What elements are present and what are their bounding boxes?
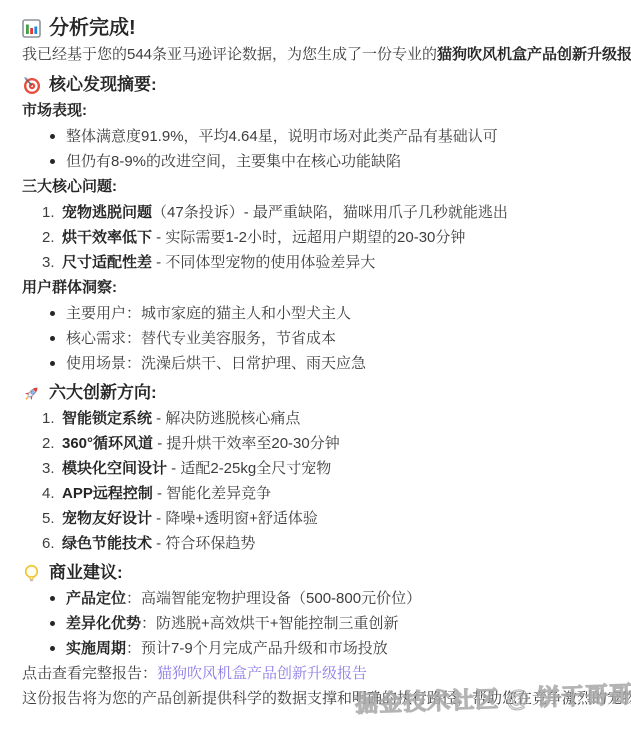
item-desc: ：高端智能宠物护理设备（500-800元价位）: [126, 590, 421, 607]
item-term: 尺寸适配性差: [62, 254, 152, 271]
list-item: 绿色节能技术 - 符合环保趋势: [42, 531, 631, 556]
intro-paragraph: 我已经基于您的544条亚马逊评论数据，为您生成了一份专业的猫狗吹风机盒产品创新升…: [22, 42, 631, 68]
item-term: 差异化优势: [66, 615, 141, 632]
item-term: 360°循环风道: [62, 435, 153, 452]
section-heading-business: 商业建议:: [22, 560, 631, 586]
problems-heading: 三大核心问题:: [22, 174, 631, 200]
item-desc: - 智能化差异竞争: [153, 485, 271, 502]
item-term: 产品定位: [66, 590, 126, 607]
item-desc: （47条投诉）- 最严重缺陷，猫咪用爪子几秒就能逃出: [152, 204, 508, 221]
market-bullet-list: 整体满意度91.9%，平均4.64星，说明市场对此类产品有基础认可 但仍有8-9…: [22, 124, 631, 174]
list-item: 但仍有8-9%的改进空间，主要集中在核心功能缺陷: [48, 149, 631, 174]
bullet-text: 但仍有8-9%的改进空间，主要集中在核心功能缺陷: [66, 153, 401, 170]
item-term: 宠物友好设计: [62, 510, 152, 527]
footer-paragraph: 这份报告将为您的产品创新提供科学的数据支撑和明确的执行路径，帮助您在竞争激烈的宠…: [22, 686, 631, 711]
rocket-icon: [22, 384, 41, 403]
users-bullet-list: 主要用户：城市家庭的猫主人和小型犬主人 核心需求：替代专业美容服务，节省成本 使…: [22, 301, 631, 376]
section-heading-summary: 核心发现摘要:: [22, 72, 631, 98]
item-desc: ：预计7-9个月完成产品升级和市场投放: [126, 640, 388, 657]
item-desc: - 降噪+透明窗+舒适体验: [152, 510, 318, 527]
bullet-text: 使用场景：洗澡后烘干、日常护理、雨天应急: [66, 355, 366, 372]
report-link-label: 点击查看完整报告：: [22, 665, 157, 682]
page-title: 分析完成!: [22, 14, 631, 42]
item-desc: - 提升烘干效率至20-30分钟: [153, 435, 340, 452]
list-item: 主要用户：城市家庭的猫主人和小型犬主人: [48, 301, 631, 326]
list-item: 产品定位：高端智能宠物护理设备（500-800元价位）: [48, 586, 631, 611]
list-item: 差异化优势：防逃脱+高效烘干+智能控制三重创新: [48, 611, 631, 636]
innovation-heading-text: 六大创新方向:: [49, 380, 157, 406]
list-item: 尺寸适配性差 - 不同体型宠物的使用体验差异大: [42, 250, 631, 275]
bar-chart-icon: [22, 19, 41, 38]
bullet-text: 主要用户：城市家庭的猫主人和小型犬主人: [66, 305, 351, 322]
section-heading-innovation: 六大创新方向:: [22, 380, 631, 406]
innovation-numbered-list: 智能锁定系统 - 解决防逃脱核心痛点 360°循环风道 - 提升烘干效率至20-…: [22, 406, 631, 556]
problems-numbered-list: 宠物逃脱问题（47条投诉）- 最严重缺陷，猫咪用爪子几秒就能逃出 烘干效率低下 …: [22, 200, 631, 275]
list-item: APP远程控制 - 智能化差异竞争: [42, 481, 631, 506]
list-item: 宠物友好设计 - 降噪+透明窗+舒适体验: [42, 506, 631, 531]
item-desc: - 实际需要1-2小时，远超用户期望的20-30分钟: [152, 229, 465, 246]
list-item: 智能锁定系统 - 解决防逃脱核心痛点: [42, 406, 631, 431]
summary-heading-text: 核心发现摘要:: [49, 72, 157, 98]
list-item: 整体满意度91.9%，平均4.64星，说明市场对此类产品有基础认可: [48, 124, 631, 149]
report-link[interactable]: 猫狗吹风机盒产品创新升级报告: [157, 665, 367, 682]
bullet-text: 核心需求：替代专业美容服务，节省成本: [66, 330, 336, 347]
intro-pre: 我已经基于您的544条亚马逊评论数据，为您生成了一份专业的: [22, 46, 437, 63]
item-desc: - 适配2-25kg全尺寸宠物: [167, 460, 331, 477]
item-term: 模块化空间设计: [62, 460, 167, 477]
market-heading: 市场表现:: [22, 98, 631, 124]
list-item: 烘干效率低下 - 实际需要1-2小时，远超用户期望的20-30分钟: [42, 225, 631, 250]
item-term: 烘干效率低下: [62, 229, 152, 246]
item-term: APP远程控制: [62, 485, 153, 502]
item-term: 实施周期: [66, 640, 126, 657]
target-icon: [22, 76, 41, 95]
bulb-icon: [22, 564, 41, 583]
item-term: 智能锁定系统: [62, 410, 152, 427]
list-item: 使用场景：洗澡后烘干、日常护理、雨天应急: [48, 351, 631, 376]
list-item: 360°循环风道 - 提升烘干效率至20-30分钟: [42, 431, 631, 456]
item-term: 绿色节能技术: [62, 535, 152, 552]
list-item: 模块化空间设计 - 适配2-25kg全尺寸宠物: [42, 456, 631, 481]
business-heading-text: 商业建议:: [49, 560, 123, 586]
business-bullet-list: 产品定位：高端智能宠物护理设备（500-800元价位） 差异化优势：防逃脱+高效…: [22, 586, 631, 661]
bullet-text: 整体满意度91.9%，平均4.64星，说明市场对此类产品有基础认可: [66, 128, 498, 145]
item-desc: ：防逃脱+高效烘干+智能控制三重创新: [141, 615, 399, 632]
page-title-text: 分析完成!: [49, 14, 136, 42]
item-desc: - 不同体型宠物的使用体验差异大: [152, 254, 375, 271]
item-desc: - 解决防逃脱核心痛点: [152, 410, 300, 427]
list-item: 核心需求：替代专业美容服务，节省成本: [48, 326, 631, 351]
report-link-row: 点击查看完整报告：猫狗吹风机盒产品创新升级报告: [22, 661, 631, 686]
intro-bold: 猫狗吹风机盒产品创新升级报告: [437, 46, 631, 63]
report-content: 分析完成! 我已经基于您的544条亚马逊评论数据，为您生成了一份专业的猫狗吹风机…: [0, 0, 631, 711]
list-item: 实施周期：预计7-9个月完成产品升级和市场投放: [48, 636, 631, 661]
item-term: 宠物逃脱问题: [62, 204, 152, 221]
item-desc: - 符合环保趋势: [152, 535, 255, 552]
list-item: 宠物逃脱问题（47条投诉）- 最严重缺陷，猫咪用爪子几秒就能逃出: [42, 200, 631, 225]
users-heading: 用户群体洞察:: [22, 275, 631, 301]
